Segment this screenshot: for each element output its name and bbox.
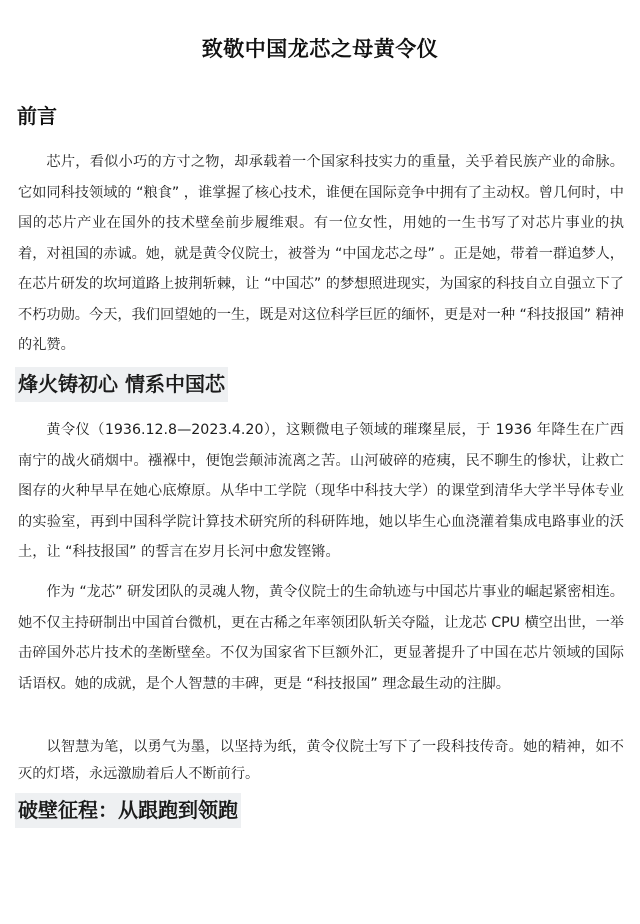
- section-heading-origin: 烽火铸初心 情系中国芯: [15, 367, 228, 402]
- section-heading-preface: 前言: [17, 100, 57, 129]
- document-title: 致敬中国龙芯之母黄令仪: [0, 33, 640, 63]
- origin-paragraph-1: 黄令仪（1936.12.8—2023.4.20），这颗微电子领域的璀璨星辰，于 …: [18, 415, 624, 568]
- preface-paragraph: 芯片，看似小巧的方寸之物，却承载着一个国家科技实力的重量，关乎着民族产业的命脉。…: [18, 147, 624, 361]
- document-page: 致敬中国龙芯之母黄令仪 前言 芯片，看似小巧的方寸之物，却承载着一个国家科技实力…: [0, 0, 640, 924]
- origin-paragraph-2: 作为 “龙芯” 研发团队的灵魂人物，黄令仪院士的生命轨迹与中国芯片事业的崛起紧密…: [18, 577, 624, 699]
- origin-paragraph-3: 以智慧为笔，以勇气为墨，以坚持为纸，黄令仪院士写下了一段科技传奇。她的精神，如不…: [18, 734, 624, 788]
- section-heading-breakthrough: 破壁征程：从跟跑到领跑: [15, 793, 241, 828]
